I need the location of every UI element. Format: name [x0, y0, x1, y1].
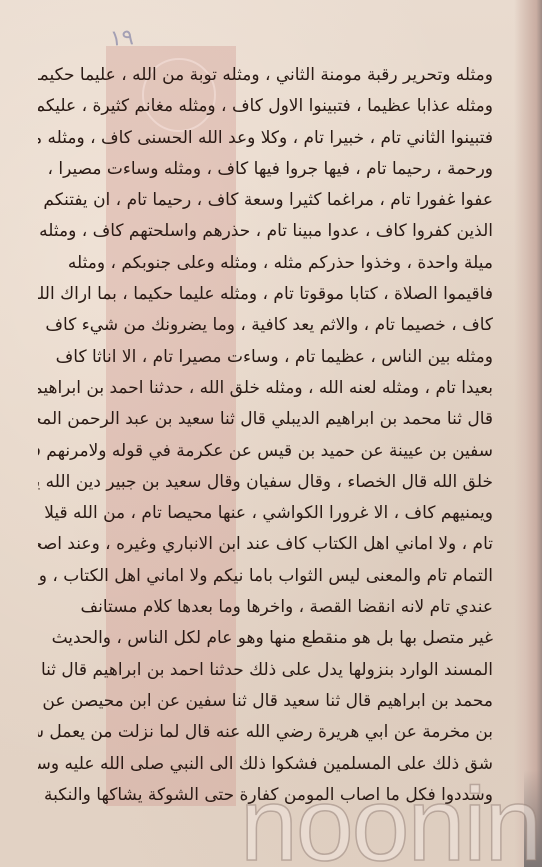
- text-line: محمد بن ابراهيم قال ثنا سعيد قال ثنا سفي…: [38, 686, 493, 717]
- text-line: فاقيموا الصلاة ، كتابا موقوتا تام ، ومثل…: [38, 279, 493, 310]
- text-line: ومثله عذابا عظيما ، فتبينوا الاول كاف ، …: [38, 91, 493, 122]
- text-line: تام ، ولا اماني اهل الكتاب كاف عند ابن ا…: [38, 529, 493, 560]
- text-line: بعيدا تام ، ومثله لعنه الله ، ومثله خلق …: [38, 373, 493, 404]
- folio-number: ١٩: [109, 25, 134, 52]
- manuscript-page: ١٩ ومثله وتحرير رقبة مومنة الثاني ، ومثل…: [0, 0, 542, 867]
- text-line: ورحمة ، رحيما تام ، فيها جروا فيها كاف ،…: [38, 154, 493, 185]
- text-line: بن مخرمة عن ابي هريرة رضي الله عنه قال ل…: [38, 717, 493, 748]
- text-line: المسند الوارد بنزولها يدل على ذلك حدثنا …: [38, 655, 493, 686]
- text-line: التمام تام والمعنى ليس الثواب باما نيكم …: [38, 561, 493, 592]
- text-line: خلق الله قال الخصاء ، وقال سفيان وقال سع…: [38, 467, 493, 498]
- manuscript-text: ومثله وتحرير رقبة مومنة الثاني ، ومثله ت…: [38, 60, 493, 811]
- page-edge-shadow: [514, 0, 542, 867]
- text-line: ومثله وتحرير رقبة مومنة الثاني ، ومثله ت…: [38, 60, 493, 91]
- text-line: الذين كفروا كاف ، عدوا مبينا تام ، حذرهم…: [38, 216, 493, 247]
- watermark-logo: noonin: [240, 775, 540, 867]
- text-line: ويمنيهم كاف ، الا غرورا الكواشي ، عنها م…: [38, 498, 493, 529]
- text-line: ومثله بين الناس ، عظيما تام ، وساءت مصير…: [38, 342, 493, 373]
- text-line: كاف ، خصيما تام ، والاثم يعد كافية ، وما…: [38, 310, 493, 341]
- text-line: سفين بن عيينة عن حميد بن قيس عن عكرمة في…: [38, 436, 493, 467]
- text-line: عفوا غفورا تام ، مراغما كثيرا وسعة كاف ،…: [38, 185, 493, 216]
- text-line: فتبينوا الثاني تام ، خبيرا تام ، وكلا وع…: [38, 123, 493, 154]
- text-line: عندي تام لانه انقضا القصة ، واخرها وما ب…: [38, 592, 493, 623]
- text-line: غير متصل بها بل هو منقطع منها وهو عام لك…: [38, 623, 493, 654]
- text-line: ميلة واحدة ، وخذوا حذركم مثله ، ومثله وع…: [38, 248, 493, 279]
- text-line: قال ثنا محمد بن ابراهيم الديبلي قال ثنا …: [38, 404, 493, 435]
